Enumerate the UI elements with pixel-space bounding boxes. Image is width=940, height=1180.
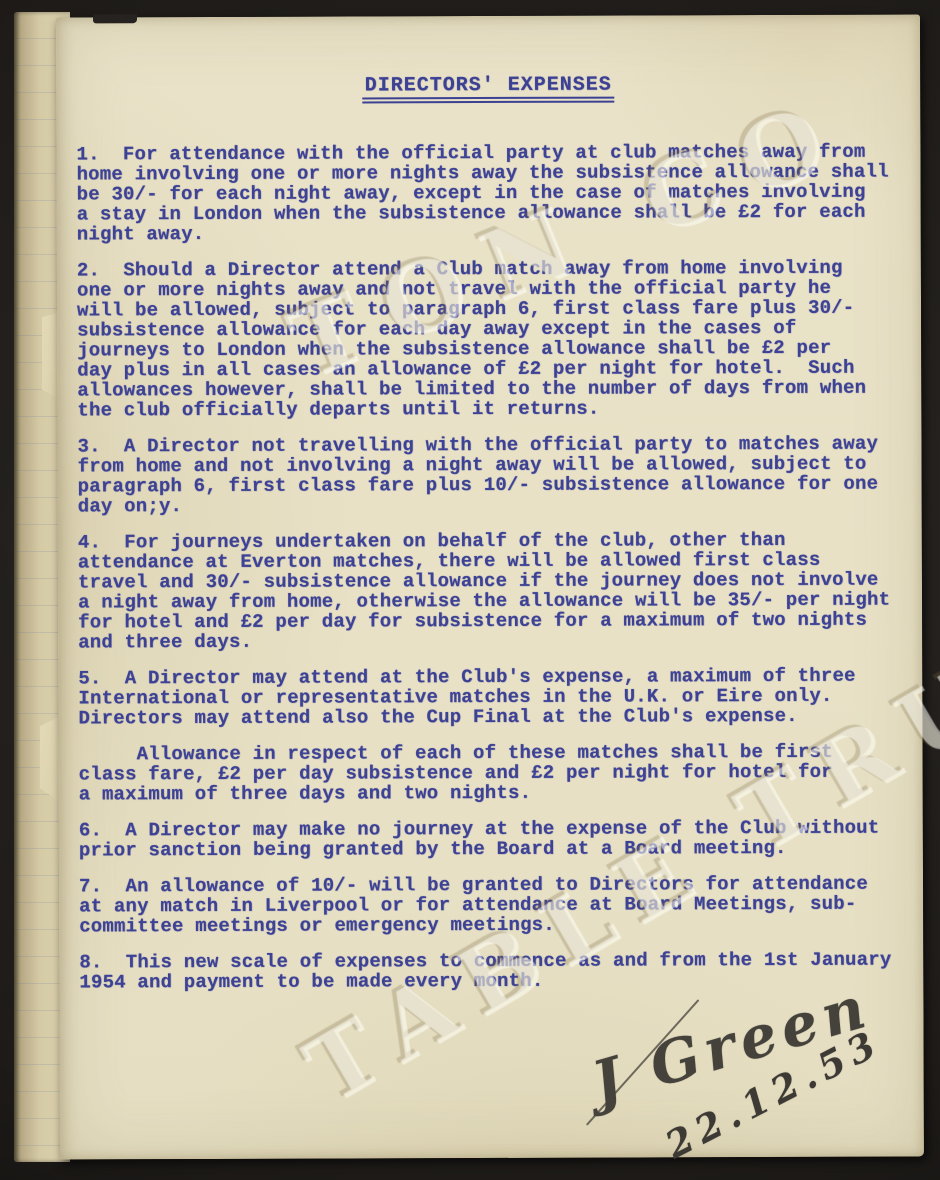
- document-title-row: DIRECTORS' EXPENSES: [76, 75, 900, 105]
- page-edge-notch: [93, 14, 137, 23]
- paragraph-6: 6. A Director may make no journey at the…: [79, 818, 903, 861]
- paragraph-1: 1. For attendance with the official part…: [76, 142, 900, 245]
- paragraph-8: 8. This new scale of expenses to commenc…: [79, 950, 903, 993]
- scan-background: TON CO TABLE TRUS DIRECTORS' EXPENSES 1.…: [0, 0, 940, 1180]
- paragraph-2: 2. Should a Director attend a Club match…: [77, 258, 902, 421]
- paragraph-5: 5. A Director may attend at the Club's e…: [78, 666, 902, 729]
- document-page: TON CO TABLE TRUS DIRECTORS' EXPENSES 1.…: [56, 14, 924, 1159]
- document-title: DIRECTORS' EXPENSES: [363, 76, 614, 104]
- paragraph-7: 7. An allowance of 10/- will be granted …: [79, 874, 903, 937]
- paragraph-3: 3. A Director not travelling with the of…: [77, 434, 901, 517]
- paragraph-5-continuation: Allowance in respect of each of these ma…: [79, 742, 903, 805]
- paragraph-4: 4. For journeys undertaken on behalf of …: [78, 530, 902, 653]
